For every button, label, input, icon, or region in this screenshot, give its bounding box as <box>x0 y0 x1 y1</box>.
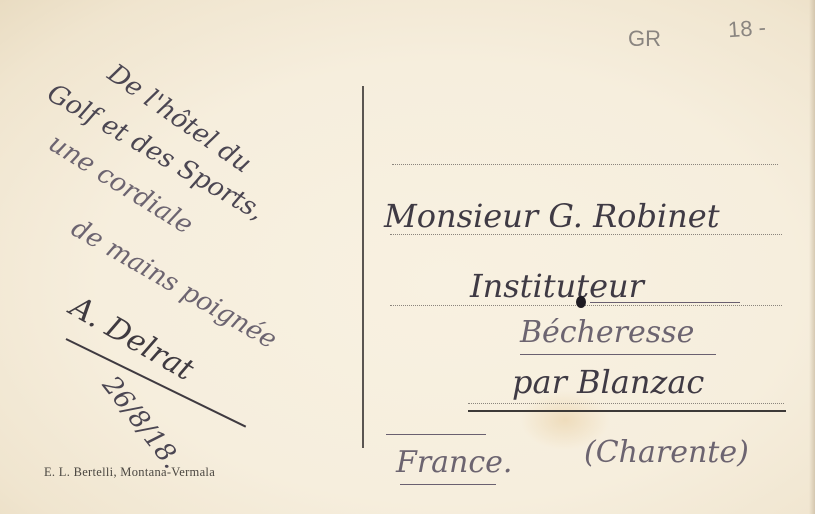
address-line-3-underline <box>520 354 716 355</box>
pencil-price: 18 - <box>727 15 767 44</box>
card-edge <box>809 0 815 514</box>
address-line-2: Instituteur <box>470 270 644 302</box>
postcard: GR 18 - De l'hôtel du Golf et des Sports… <box>0 0 815 514</box>
address-rule-3 <box>390 305 782 306</box>
address-rule-solid <box>468 410 786 412</box>
address-line-1: Monsieur G. Robinet <box>384 200 720 232</box>
message-date: 26/8/18. <box>98 372 185 474</box>
publisher-imprint: E. L. Bertelli, Montana-Vermala <box>44 465 215 480</box>
address-line-4: par Blanzac <box>512 366 704 398</box>
ink-blot <box>576 296 586 308</box>
address-country: France. <box>396 448 512 478</box>
address-rule-1 <box>392 164 778 165</box>
pencil-code: GR <box>628 26 661 52</box>
address-line-2-underline <box>590 302 740 303</box>
address-line-5: (Charente) <box>584 438 749 468</box>
center-divider <box>362 86 364 448</box>
address-rule-4 <box>468 403 784 404</box>
country-overline <box>386 434 486 435</box>
country-underline <box>400 484 496 485</box>
address-line-3: Bécheresse <box>520 318 694 348</box>
